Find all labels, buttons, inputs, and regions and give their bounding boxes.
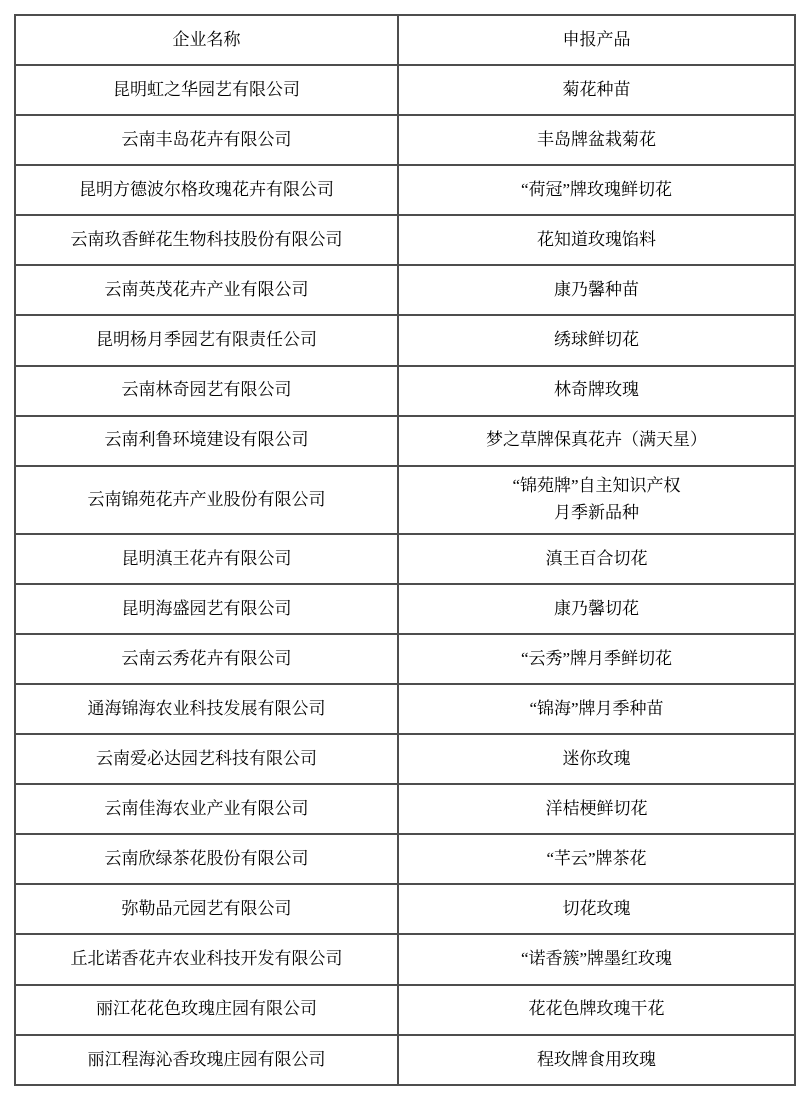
table-row: 弥勒品元园艺有限公司 切花玫瑰	[15, 884, 795, 934]
product-cell: 花知道玫瑰馅料	[398, 215, 795, 265]
product-cell: 洋桔梗鲜切花	[398, 784, 795, 834]
table-row: 云南欣绿茶花股份有限公司 “芊云”牌茶花	[15, 834, 795, 884]
company-cell: 昆明杨月季园艺有限责任公司	[15, 315, 398, 365]
table-row: 丘北诺香花卉农业科技开发有限公司 “诺香簇”牌墨红玫瑰	[15, 934, 795, 984]
product-cell: 迷你玫瑰	[398, 734, 795, 784]
table-row: 云南佳海农业产业有限公司 洋桔梗鲜切花	[15, 784, 795, 834]
company-cell: 云南丰岛花卉有限公司	[15, 115, 398, 165]
company-cell: 云南利鲁环境建设有限公司	[15, 416, 398, 466]
table-row: 昆明海盛园艺有限公司 康乃馨切花	[15, 584, 795, 634]
table-row: 云南玖香鲜花生物科技股份有限公司 花知道玫瑰馅料	[15, 215, 795, 265]
table-row: 昆明方德波尔格玫瑰花卉有限公司 “荷冠”牌玫瑰鲜切花	[15, 165, 795, 215]
company-cell: 丽江花花色玫瑰庄园有限公司	[15, 985, 398, 1035]
table-row: 云南英茂花卉产业有限公司 康乃馨种苗	[15, 265, 795, 315]
company-cell: 弥勒品元园艺有限公司	[15, 884, 398, 934]
product-cell: 程玫牌食用玫瑰	[398, 1035, 795, 1085]
column-header-product: 申报产品	[398, 15, 795, 65]
table-row: 云南利鲁环境建设有限公司 梦之草牌保真花卉（满天星）	[15, 416, 795, 466]
company-cell: 云南云秀花卉有限公司	[15, 634, 398, 684]
company-cell: 丽江程海沁香玫瑰庄园有限公司	[15, 1035, 398, 1085]
product-cell: “锦苑牌”自主知识产权 月季新品种	[398, 466, 795, 534]
table-row: 云南爱必达园艺科技有限公司 迷你玫瑰	[15, 734, 795, 784]
company-cell: 云南爱必达园艺科技有限公司	[15, 734, 398, 784]
company-cell: 通海锦海农业科技发展有限公司	[15, 684, 398, 734]
table-row: 昆明虹之华园艺有限公司 菊花种苗	[15, 65, 795, 115]
company-cell: 云南林奇园艺有限公司	[15, 366, 398, 416]
company-cell: 云南锦苑花卉产业股份有限公司	[15, 466, 398, 534]
product-cell: 康乃馨切花	[398, 584, 795, 634]
product-cell: 绣球鲜切花	[398, 315, 795, 365]
product-cell: 丰岛牌盆栽菊花	[398, 115, 795, 165]
table-row: 云南锦苑花卉产业股份有限公司 “锦苑牌”自主知识产权 月季新品种	[15, 466, 795, 534]
header-row: 企业名称 申报产品	[15, 15, 795, 65]
product-cell: 梦之草牌保真花卉（满天星）	[398, 416, 795, 466]
table-row: 昆明滇王花卉有限公司 滇王百合切花	[15, 534, 795, 584]
column-header-company: 企业名称	[15, 15, 398, 65]
product-cell: 滇王百合切花	[398, 534, 795, 584]
table-row: 丽江花花色玫瑰庄园有限公司 花花色牌玫瑰干花	[15, 985, 795, 1035]
table-row: 云南丰岛花卉有限公司 丰岛牌盆栽菊花	[15, 115, 795, 165]
company-cell: 昆明方德波尔格玫瑰花卉有限公司	[15, 165, 398, 215]
company-cell: 昆明海盛园艺有限公司	[15, 584, 398, 634]
product-cell: 菊花种苗	[398, 65, 795, 115]
table-row: 通海锦海农业科技发展有限公司 “锦海”牌月季种苗	[15, 684, 795, 734]
products-table: 企业名称 申报产品 昆明虹之华园艺有限公司 菊花种苗 云南丰岛花卉有限公司 丰岛…	[14, 14, 796, 1086]
company-cell: 昆明虹之华园艺有限公司	[15, 65, 398, 115]
table-row: 丽江程海沁香玫瑰庄园有限公司 程玫牌食用玫瑰	[15, 1035, 795, 1085]
product-cell: “锦海”牌月季种苗	[398, 684, 795, 734]
product-cell: 花花色牌玫瑰干花	[398, 985, 795, 1035]
document-page: 企业名称 申报产品 昆明虹之华园艺有限公司 菊花种苗 云南丰岛花卉有限公司 丰岛…	[0, 0, 800, 1096]
table-row: 云南林奇园艺有限公司 林奇牌玫瑰	[15, 366, 795, 416]
product-cell: “云秀”牌月季鲜切花	[398, 634, 795, 684]
product-cell: 林奇牌玫瑰	[398, 366, 795, 416]
product-cell: 康乃馨种苗	[398, 265, 795, 315]
product-cell: 切花玫瑰	[398, 884, 795, 934]
company-cell: 云南英茂花卉产业有限公司	[15, 265, 398, 315]
company-cell: 丘北诺香花卉农业科技开发有限公司	[15, 934, 398, 984]
table-row: 云南云秀花卉有限公司 “云秀”牌月季鲜切花	[15, 634, 795, 684]
company-cell: 昆明滇王花卉有限公司	[15, 534, 398, 584]
table-row: 昆明杨月季园艺有限责任公司 绣球鲜切花	[15, 315, 795, 365]
company-cell: 云南玖香鲜花生物科技股份有限公司	[15, 215, 398, 265]
product-cell: “荷冠”牌玫瑰鲜切花	[398, 165, 795, 215]
product-cell: “诺香簇”牌墨红玫瑰	[398, 934, 795, 984]
product-cell: “芊云”牌茶花	[398, 834, 795, 884]
company-cell: 云南欣绿茶花股份有限公司	[15, 834, 398, 884]
company-cell: 云南佳海农业产业有限公司	[15, 784, 398, 834]
